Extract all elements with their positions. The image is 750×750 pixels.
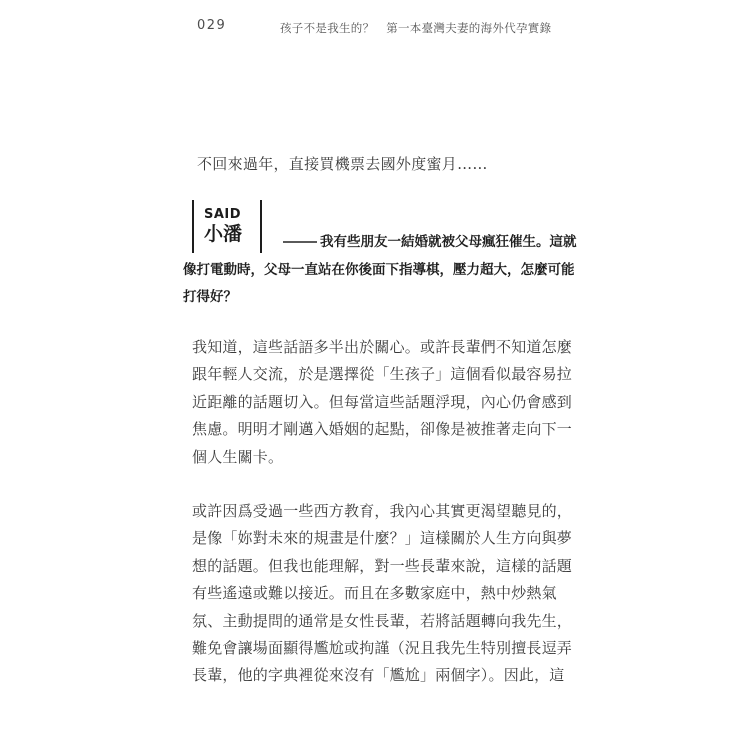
quote-text: 我有些朋友一結婚就被父母瘋狂催生。這就 像打電動時，父母一直站在你後面下指導棋，… <box>183 234 577 305</box>
speaker-said-label: SAID <box>204 207 260 223</box>
quote-paragraph: 我有些朋友一結婚就被父母瘋狂催生。這就 像打電動時，父母一直站在你後面下指導棋，… <box>183 229 623 312</box>
intro-line: 不回來過年，直接買機票去國外度蜜月…… <box>197 151 637 178</box>
body-paragraph-1: 我知道，這些話語多半出於關心。或許長輩們不知道怎麼 跟年輕人交流，於是選擇從「生… <box>192 334 632 471</box>
em-dash <box>283 241 317 243</box>
page-number: 029 <box>197 18 226 33</box>
body-paragraph-2: 或許因爲受過一些西方教育，我內心其實更渴望聽見的， 是像「妳對未來的規畫是什麼？… <box>192 498 632 690</box>
running-head-title: 孩子不是我生的？ 第一本臺灣夫妻的海外代孕實錄 <box>280 20 551 36</box>
book-page: 029 孩子不是我生的？ 第一本臺灣夫妻的海外代孕實錄 不回來過年，直接買機票去… <box>0 0 750 750</box>
